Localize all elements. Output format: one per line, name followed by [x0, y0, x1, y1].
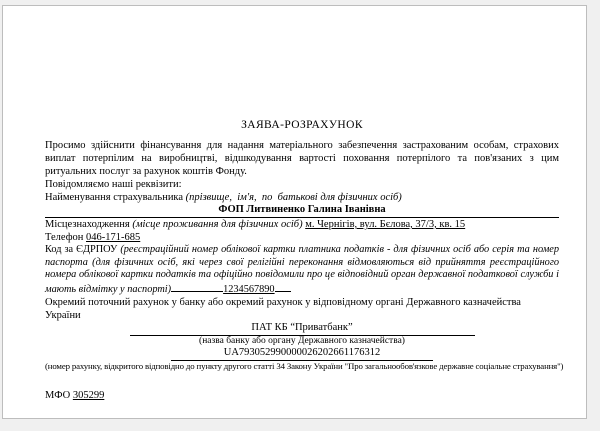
insured-name: ФОП Литвиненко Галина Іванівна: [218, 204, 385, 215]
mfo-value: 305299: [73, 390, 105, 401]
iban-caption: (номер рахунку, відкритого відповідно до…: [45, 361, 559, 372]
edrpou-label: Код за ЄДРПОУ: [45, 244, 117, 255]
page-title: ЗАЯВА-РОЗРАХУНОК: [45, 118, 559, 132]
iban-field: UA793052990000026202661176312: [171, 347, 433, 361]
document-content: ЗАЯВА-РОЗРАХУНОК Просимо здійснити фінан…: [3, 118, 586, 402]
bank-caption: (назва банку або органу Державного казна…: [45, 336, 559, 347]
intro-paragraph: Просимо здійснити фінансування для надан…: [45, 139, 559, 178]
phone-value: 046-171-685: [86, 232, 140, 243]
mfo-label: МФО: [45, 390, 70, 401]
blank-line: [171, 282, 223, 292]
iban-value: UA793052990000026202661176312: [224, 347, 381, 358]
phone-label: Телефон: [45, 232, 83, 243]
insured-label: Найменування страхувальника: [45, 192, 183, 203]
document-page: ЗАЯВА-РОЗРАХУНОК Просимо здійснити фінан…: [2, 5, 587, 419]
edrpou-value: 1234567890: [223, 284, 274, 295]
insured-line: Найменування страхувальника (прізвище, і…: [45, 191, 559, 204]
edrpou-block: Код за ЄДРПОУ (реєстраційний номер облік…: [45, 244, 559, 296]
phone-line: Телефон 046-171-685: [45, 231, 559, 244]
blank-line: [275, 282, 291, 292]
edrpou-hint: (реєстраційний номер облікової картки пл…: [45, 244, 559, 295]
insured-hint: (прізвище, ім'я, по батькові для фізични…: [186, 192, 402, 203]
mfo-line: МФО 305299: [45, 389, 559, 402]
account-intro: Окремий поточний рахунок у банку або окр…: [45, 296, 559, 322]
location-value: м. Чернігів, вул. Бєлова, 37/3, кв. 15: [305, 219, 465, 230]
location-line: Місцезнаходження (місце проживання для ф…: [45, 218, 559, 231]
requisites-intro: Повідомляємо наші реквізити:: [45, 178, 559, 191]
location-label: Місцезнаходження: [45, 219, 130, 230]
location-hint: (місце проживання для фізичних осіб): [132, 219, 302, 230]
insured-name-line: ФОП Литвиненко Галина Іванівна: [45, 204, 559, 218]
bank-name: ПАТ КБ “Приватбанк”: [251, 322, 352, 333]
bank-name-field: ПАТ КБ “Приватбанк”: [130, 322, 475, 336]
